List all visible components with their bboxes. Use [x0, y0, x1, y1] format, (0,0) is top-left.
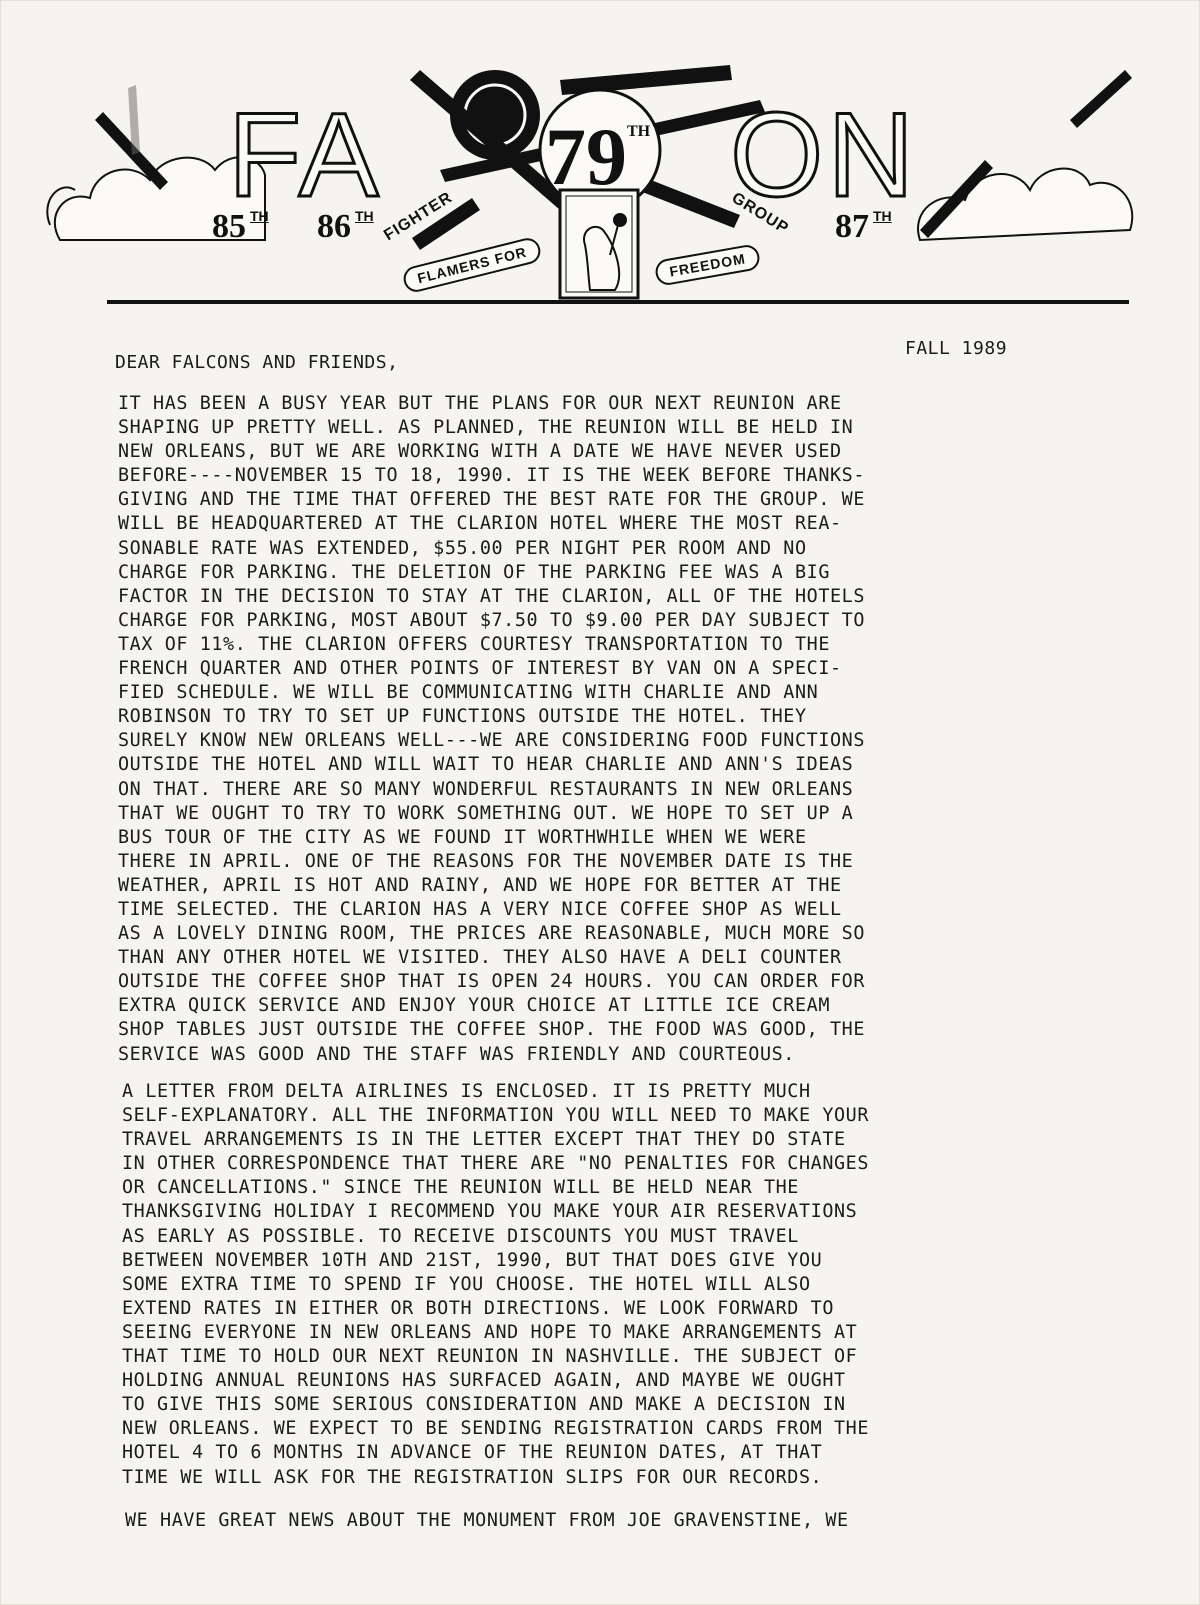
text-line: SEEING EVERYONE IN NEW ORLEANS AND HOPE … [122, 1321, 869, 1345]
text-line: TAX OF 11%. THE CLARION OFFERS COURTESY … [118, 633, 865, 657]
text-line: THERE IN APRIL. ONE OF THE REASONS FOR T… [118, 850, 865, 874]
squadron-suffix: TH [873, 208, 892, 224]
text-line: FRENCH QUARTER AND OTHER POINTS OF INTER… [118, 657, 865, 681]
squadron-suffix: TH [355, 208, 374, 224]
masthead: FA ON 79TH 85TH 86TH 87TH FIGHTER GROUP … [40, 40, 1160, 310]
text-line: OUTSIDE THE COFFEE SHOP THAT IS OPEN 24 … [118, 970, 865, 994]
group-number: 79TH [545, 110, 650, 204]
group-number-text: 79 [545, 111, 627, 202]
masthead-rule [107, 300, 1129, 304]
text-line: FIED SCHEDULE. WE WILL BE COMMUNICATING … [118, 681, 865, 705]
text-line: TIME SELECTED. THE CLARION HAS A VERY NI… [118, 898, 865, 922]
salutation: DEAR FALCONS AND FRIENDS, [115, 352, 398, 373]
text-line: CHARGE FOR PARKING, MOST ABOUT $7.50 TO … [118, 609, 865, 633]
squadron-87: 87TH [835, 208, 892, 246]
text-line: THAN ANY OTHER HOTEL WE VISITED. THEY AL… [118, 946, 865, 970]
squadron-number: 87 [835, 208, 869, 245]
squadron-86: 86TH [317, 208, 374, 246]
text-line: WEATHER, APRIL IS HOT AND RAINY, AND WE … [118, 874, 865, 898]
masthead-title-right: ON [730, 95, 918, 215]
text-line: SHOP TABLES JUST OUTSIDE THE COFFEE SHOP… [118, 1018, 865, 1042]
text-line: SOME EXTRA TIME TO SPEND IF YOU CHOOSE. … [122, 1273, 869, 1297]
squadron-85: 85TH [212, 208, 269, 246]
text-line: TO GIVE THIS SOME SERIOUS CONSIDERATION … [122, 1393, 869, 1417]
paragraph-reunion-plans: IT HAS BEEN A BUSY YEAR BUT THE PLANS FO… [118, 392, 865, 1067]
text-line: SERVICE WAS GOOD AND THE STAFF WAS FRIEN… [118, 1043, 865, 1067]
squadron-number: 85 [212, 208, 246, 245]
text-line: AS A LOVELY DINING ROOM, THE PRICES ARE … [118, 922, 865, 946]
text-line: GIVING AND THE TIME THAT OFFERED THE BES… [118, 488, 865, 512]
group-number-suffix: TH [627, 123, 650, 140]
text-line: HOLDING ANNUAL REUNIONS HAS SURFACED AGA… [122, 1369, 869, 1393]
text-line: BETWEEN NOVEMBER 10TH AND 21ST, 1990, BU… [122, 1249, 869, 1273]
text-line: BUS TOUR OF THE CITY AS WE FOUND IT WORT… [118, 826, 865, 850]
text-line: IN OTHER CORRESPONDENCE THAT THERE ARE "… [122, 1152, 869, 1176]
text-line: CHARGE FOR PARKING. THE DELETION OF THE … [118, 561, 865, 585]
squadron-number: 86 [317, 208, 351, 245]
text-line: SHAPING UP PRETTY WELL. AS PLANNED, THE … [118, 416, 865, 440]
falcon-emblem-icon [560, 190, 638, 298]
text-line: ON THAT. THERE ARE SO MANY WONDERFUL RES… [118, 778, 865, 802]
text-line: EXTRA QUICK SERVICE AND ENJOY YOUR CHOIC… [118, 994, 865, 1018]
text-line: WE HAVE GREAT NEWS ABOUT THE MONUMENT FR… [125, 1509, 849, 1533]
text-line: BEFORE----NOVEMBER 15 TO 18, 1990. IT IS… [118, 464, 865, 488]
text-line: TIME WE WILL ASK FOR THE REGISTRATION SL… [122, 1466, 869, 1490]
text-line: SELF-EXPLANATORY. ALL THE INFORMATION YO… [122, 1104, 869, 1128]
text-line: NEW ORLEANS. WE EXPECT TO BE SENDING REG… [122, 1417, 869, 1441]
text-line: HOTEL 4 TO 6 MONTHS IN ADVANCE OF THE RE… [122, 1441, 869, 1465]
text-line: OUTSIDE THE HOTEL AND WILL WAIT TO HEAR … [118, 753, 865, 777]
text-line: SONABLE RATE WAS EXTENDED, $55.00 PER NI… [118, 537, 865, 561]
paragraph-delta-airlines: A LETTER FROM DELTA AIRLINES IS ENCLOSED… [122, 1080, 869, 1490]
text-line: ROBINSON TO TRY TO SET UP FUNCTIONS OUTS… [118, 705, 865, 729]
text-line: A LETTER FROM DELTA AIRLINES IS ENCLOSED… [122, 1080, 869, 1104]
text-line: OR CANCELLATIONS." SINCE THE REUNION WIL… [122, 1176, 869, 1200]
text-line: TRAVEL ARRANGEMENTS IS IN THE LETTER EXC… [122, 1128, 869, 1152]
text-line: WILL BE HEADQUARTERED AT THE CLARION HOT… [118, 512, 865, 536]
text-line: THAT TIME TO HOLD OUR NEXT REUNION IN NA… [122, 1345, 869, 1369]
squadron-suffix: TH [250, 208, 269, 224]
paragraph-monument: WE HAVE GREAT NEWS ABOUT THE MONUMENT FR… [125, 1509, 849, 1533]
text-line: IT HAS BEEN A BUSY YEAR BUT THE PLANS FO… [118, 392, 865, 416]
text-line: NEW ORLEANS, BUT WE ARE WORKING WITH A D… [118, 440, 865, 464]
text-line: THANKSGIVING HOLIDAY I RECOMMEND YOU MAK… [122, 1200, 869, 1224]
masthead-title-left: FA [228, 95, 383, 215]
issue-date: FALL 1989 [905, 338, 1007, 359]
text-line: EXTEND RATES IN EITHER OR BOTH DIRECTION… [122, 1297, 869, 1321]
text-line: FACTOR IN THE DECISION TO STAY AT THE CL… [118, 585, 865, 609]
text-line: SURELY KNOW NEW ORLEANS WELL---WE ARE CO… [118, 729, 865, 753]
text-line: THAT WE OUGHT TO TRY TO WORK SOMETHING O… [118, 802, 865, 826]
text-line: AS EARLY AS POSSIBLE. TO RECEIVE DISCOUN… [122, 1225, 869, 1249]
